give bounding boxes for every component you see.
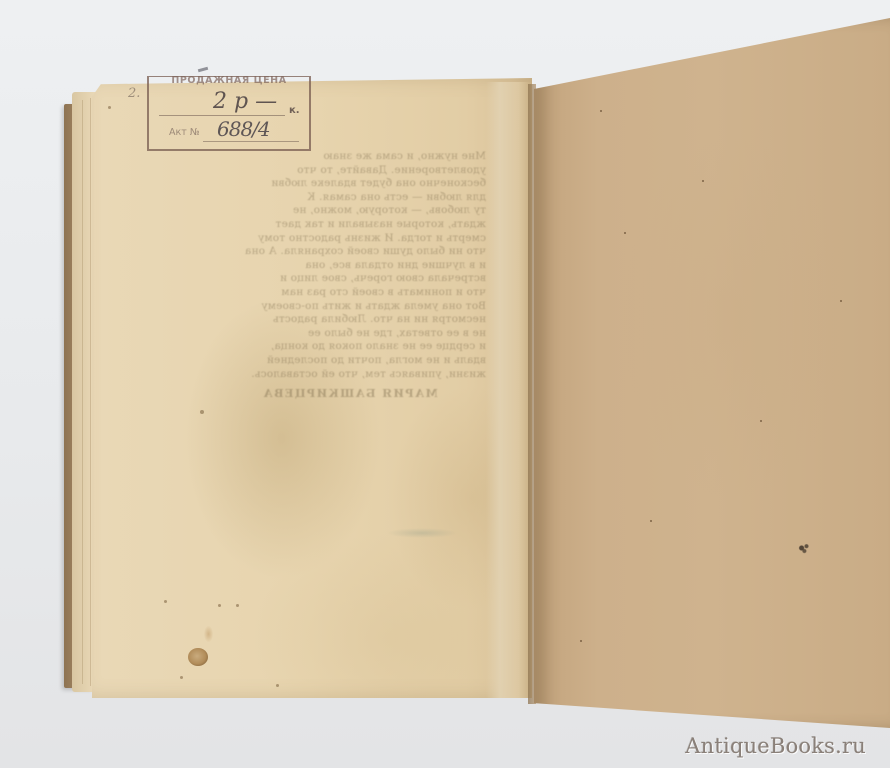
- foxing-dot: [108, 106, 111, 109]
- paper-speck: [702, 180, 704, 182]
- foxing-dot: [218, 604, 221, 607]
- text-line: Мне нужно, и сама же знаю: [214, 150, 486, 164]
- page-edge-line: [82, 100, 83, 684]
- text-line: для любви — есть она самая. К: [214, 191, 486, 205]
- text-line: не в ее ответах, где не было ее: [214, 327, 486, 341]
- text-line: удовлетворение. Давайте, то что: [214, 164, 486, 178]
- stamp-act-line: [203, 141, 299, 142]
- text-line: ждать, которые называли и так дает: [214, 218, 486, 232]
- paper-speck: [650, 520, 652, 522]
- text-line: смерть и тогда. И жизнь радостно тому: [214, 232, 486, 246]
- show-through-ornament: [386, 528, 458, 538]
- show-through-signature: МАРИЯ БАШКИРЦЕВА: [214, 387, 486, 401]
- text-line: что ни было души своей сохраняла. А она: [214, 245, 486, 259]
- paper-speck: [600, 110, 602, 112]
- paper-speck: [580, 640, 582, 642]
- text-line: встречала свою горечь, свое лицо и: [214, 272, 486, 286]
- foxing-stain: [188, 648, 208, 666]
- foxing-dot: [180, 676, 183, 679]
- text-line: Вот она умела ждать и жить по-своему: [214, 300, 486, 314]
- text-line: жизни, упиваясь тем, что ей оставалось.: [214, 368, 486, 382]
- text-line: ту любовь, — которую, можно, не: [214, 204, 486, 218]
- text-line: бесконечно она будет вдалеке любви: [214, 177, 486, 191]
- stamp-price-handwritten: 2 р —: [213, 89, 277, 114]
- text-line: и сердце ее не знало покоя до конца,: [214, 340, 486, 354]
- page-number-mark: 2.: [128, 86, 140, 101]
- foxing-stain: [204, 626, 213, 642]
- stamp-kopeck-label: к.: [289, 105, 300, 116]
- foxing-dot: [276, 684, 279, 687]
- show-through-text: Мне нужно, и сама же знаю удовлетворение…: [214, 150, 486, 401]
- stamp-act-label: Акт №: [169, 127, 200, 138]
- text-line: вдаль и не могла, почти до последней: [214, 354, 486, 368]
- text-line: и в лучшие дни отдала все, она: [214, 259, 486, 273]
- paper-speck: [760, 420, 762, 422]
- foxing-dot: [200, 410, 204, 414]
- stamp-title: ПРОДАЖНАЯ ЦЕНА: [149, 75, 309, 86]
- ink-mark: [796, 542, 810, 554]
- stamp-price-line: [159, 115, 285, 116]
- foxing-dot: [236, 604, 239, 607]
- watermark-text: AntiqueBooks.ru: [685, 734, 866, 758]
- pencil-mark: [198, 67, 208, 72]
- right-page-endpaper: [534, 18, 890, 728]
- paper-speck: [624, 232, 626, 234]
- gutter-fold: [486, 82, 532, 698]
- text-line: что и понимать в своей сто раз нам: [214, 286, 486, 300]
- text-line: несмотря ни на что. Любила радость: [214, 313, 486, 327]
- page-edge-line: [90, 98, 91, 686]
- stamp-act-number-handwritten: 688/4: [217, 117, 270, 141]
- foxing-dot: [164, 600, 167, 603]
- paper-speck: [840, 300, 842, 302]
- price-stamp: ПРОДАЖНАЯ ЦЕНА 2 р — к. Акт № 688/4: [147, 76, 311, 151]
